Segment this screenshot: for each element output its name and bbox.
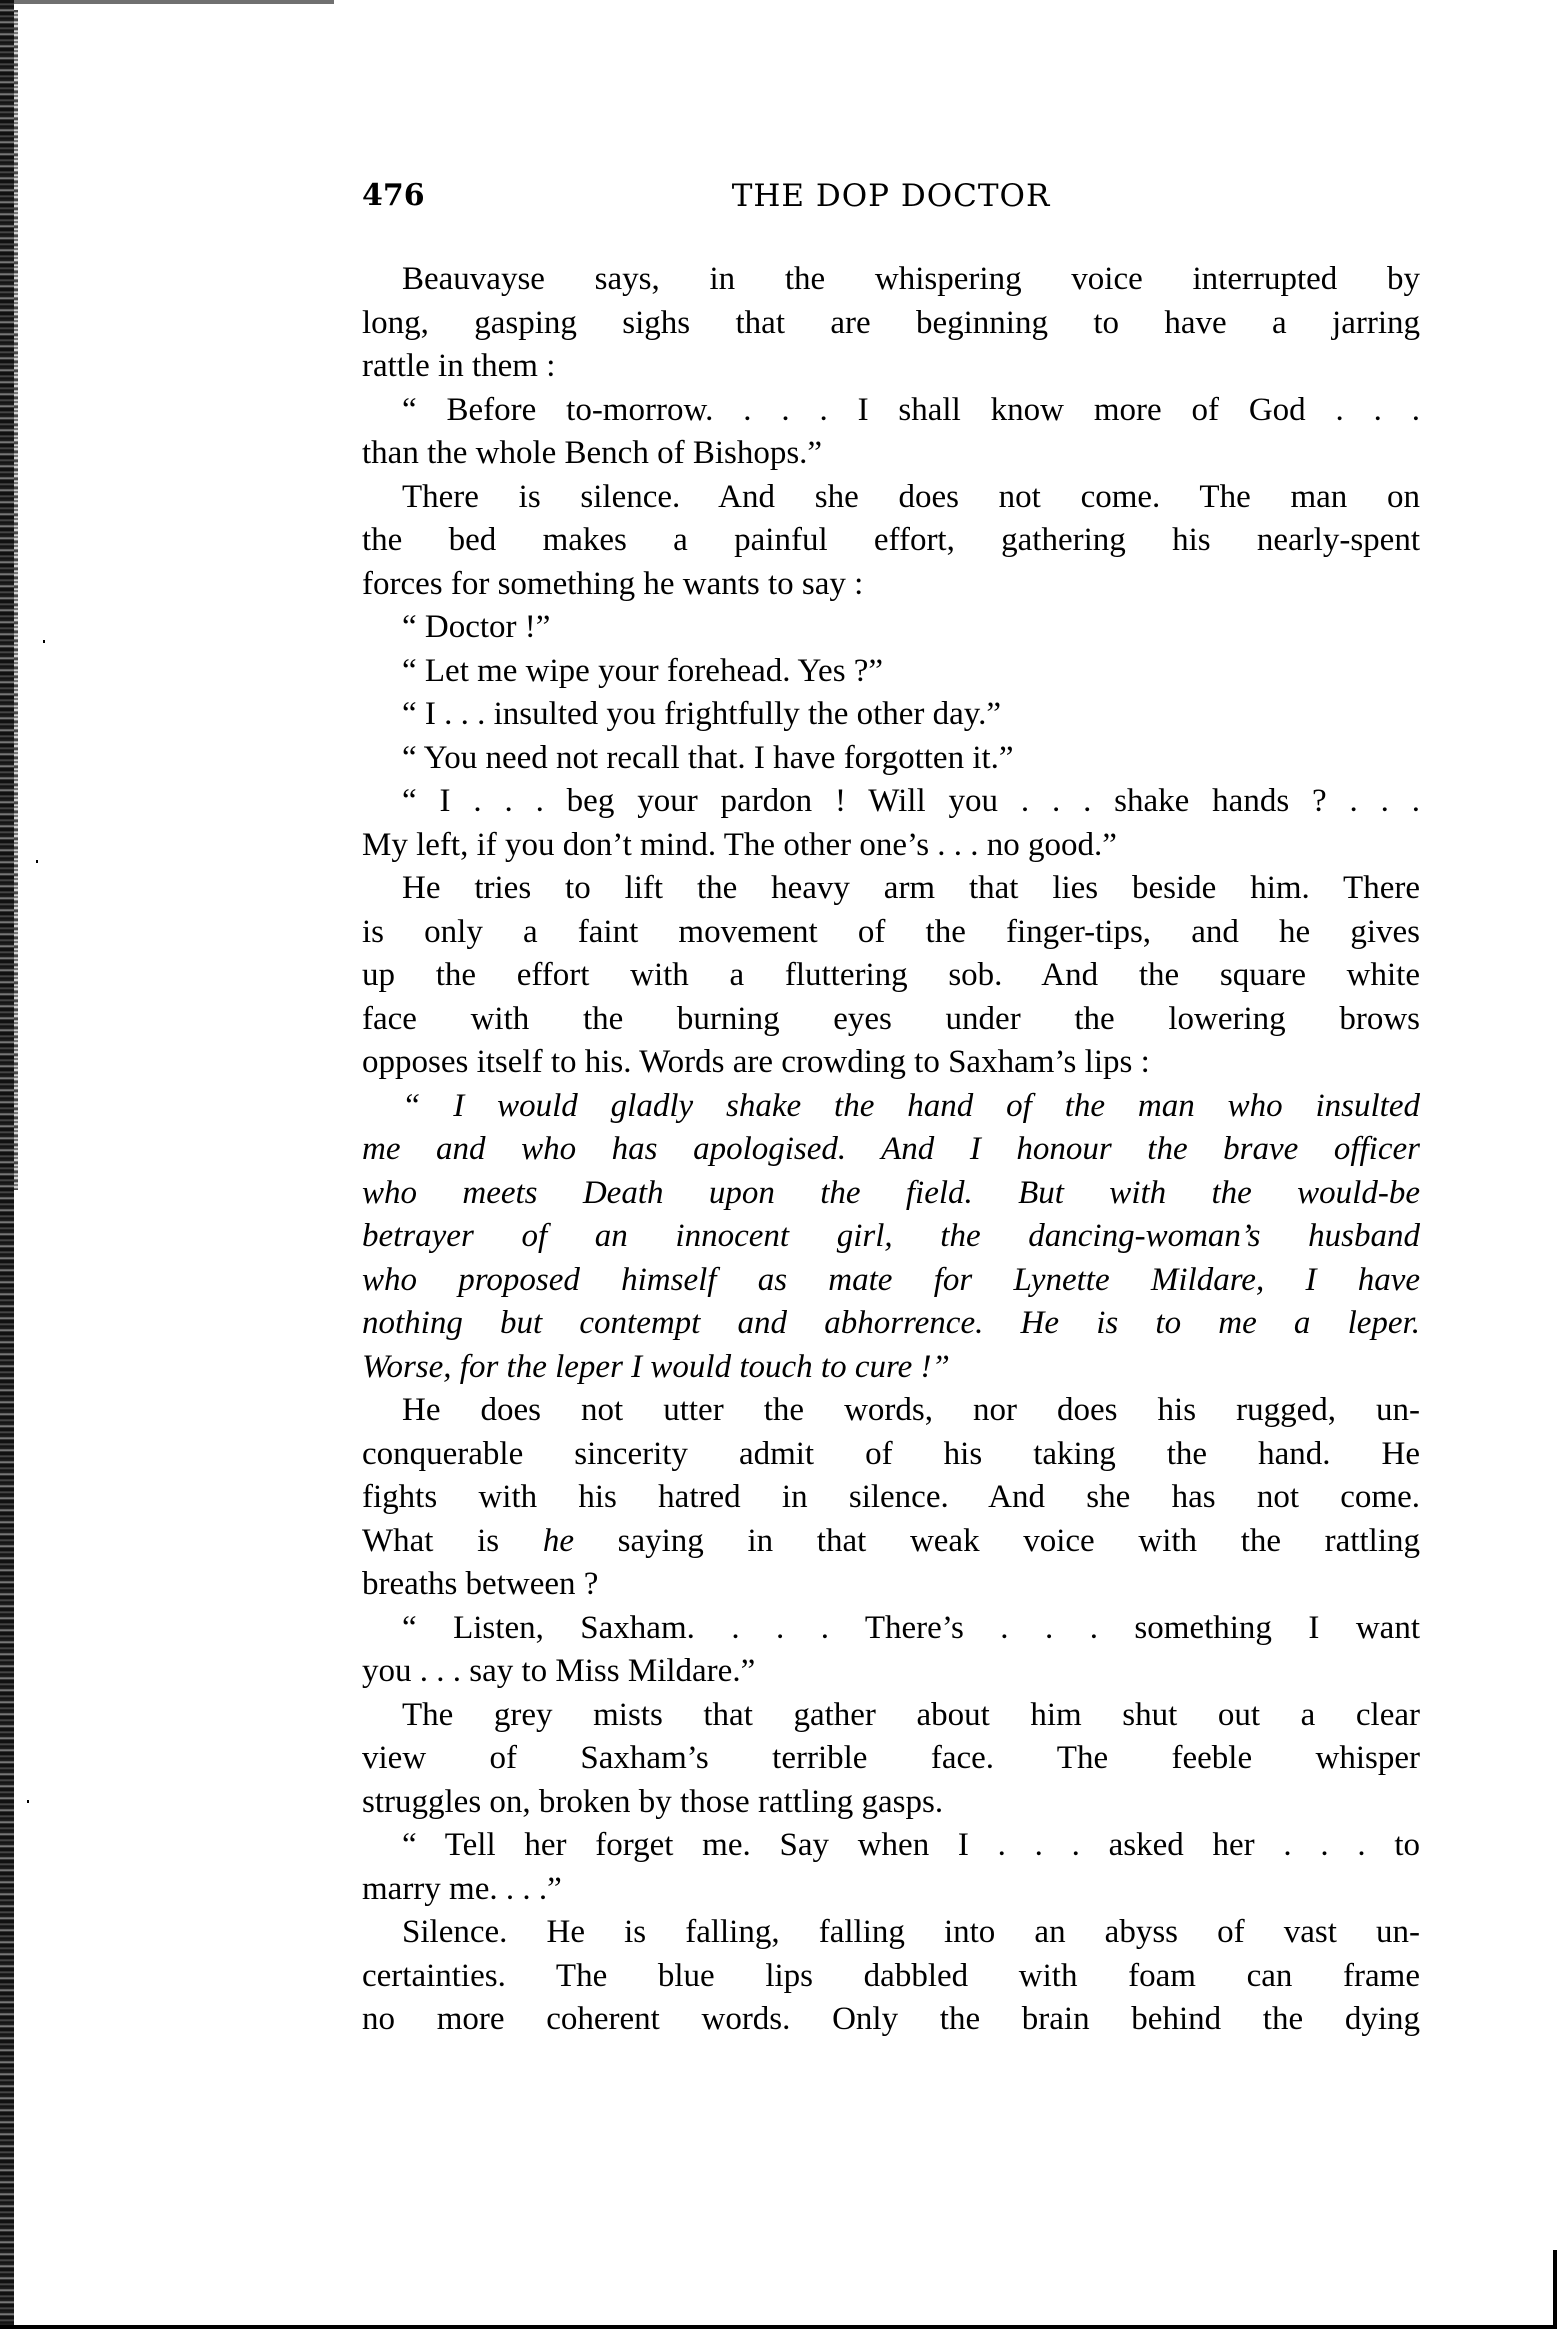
text-line: certainties. The blue lips dabbled with … [362, 1955, 1420, 1999]
text-line: “ Listen, Saxham. . . . There’s . . . so… [362, 1607, 1420, 1651]
text-line: you . . . say to Miss Mildare.” [362, 1650, 1420, 1694]
text-line: “ Let me wipe your forehead. Yes ?” [362, 650, 1420, 694]
text-line: me and who has apologised. And I honour … [362, 1128, 1420, 1172]
running-head: THE DOP DOCTOR [362, 178, 1420, 214]
binding-edge [0, 0, 14, 2329]
text-line: breaths between ? [362, 1563, 1420, 1607]
text-line: who meets Death upon the field. But with… [362, 1172, 1420, 1216]
text-line: is only a faint movement of the finger-t… [362, 911, 1420, 955]
text-line: What is he saying in that weak voice wit… [362, 1520, 1420, 1564]
text-line: Silence. He is falling, falling into an … [362, 1911, 1420, 1955]
text-line: the bed makes a painful effort, gatherin… [362, 519, 1420, 563]
binding-shadow [14, 10, 18, 1190]
page-body-text: Beauvayse says, in the whispering voice … [362, 258, 1420, 2042]
text-line: Worse, for the leper I would touch to cu… [362, 1346, 1420, 1390]
text-line: face with the burning eyes under the low… [362, 998, 1420, 1042]
text-line: who proposed himself as mate for Lynette… [362, 1259, 1420, 1303]
text-line: forces for something he wants to say : [362, 563, 1420, 607]
top-edge [14, 0, 334, 4]
text-line: struggles on, broken by those rattling g… [362, 1781, 1420, 1825]
text-line: “ Tell her forget me. Say when I . . . a… [362, 1824, 1420, 1868]
book-page: 476 THE DOP DOCTOR Beauvayse says, in th… [0, 0, 1557, 2329]
scan-speck [43, 640, 45, 643]
text-line: betrayer of an innocent girl, the dancin… [362, 1215, 1420, 1259]
text-line: conquerable sincerity admit of his takin… [362, 1433, 1420, 1477]
text-line: “ Doctor !” [362, 606, 1420, 650]
scan-speck [27, 1800, 29, 1803]
text-line: My left, if you don’t mind. The other on… [362, 824, 1420, 868]
text-line: He tries to lift the heavy arm that lies… [362, 867, 1420, 911]
text-line: The grey mists that gather about him shu… [362, 1694, 1420, 1738]
text-line: long, gasping sighs that are beginning t… [362, 302, 1420, 346]
scan-speck [36, 860, 38, 863]
text-line: no more coherent words. Only the brain b… [362, 1998, 1420, 2042]
text-line: “ I . . . insulted you frightfully the o… [362, 693, 1420, 737]
right-edge [1553, 2250, 1557, 2329]
text-line: fights with his hatred in silence. And s… [362, 1476, 1420, 1520]
text-line: “ I would gladly shake the hand of the m… [362, 1085, 1420, 1129]
text-line: “ You need not recall that. I have forgo… [362, 737, 1420, 781]
text-line: view of Saxham’s terrible face. The feeb… [362, 1737, 1420, 1781]
page-header: 476 THE DOP DOCTOR [362, 178, 1420, 222]
text-line: up the effort with a fluttering sob. And… [362, 954, 1420, 998]
text-line: Beauvayse says, in the whispering voice … [362, 258, 1420, 302]
text-line: “ I . . . beg your pardon ! Will you . .… [362, 780, 1420, 824]
text-line: rattle in them : [362, 345, 1420, 389]
bottom-edge [0, 2325, 1557, 2329]
text-line: nothing but contempt and abhorrence. He … [362, 1302, 1420, 1346]
text-line: “ Before to-morrow. . . . I shall know m… [362, 389, 1420, 433]
text-line: He does not utter the words, nor does hi… [362, 1389, 1420, 1433]
text-line: marry me. . . .” [362, 1868, 1420, 1912]
text-line: than the whole Bench of Bishops.” [362, 432, 1420, 476]
text-line: There is silence. And she does not come.… [362, 476, 1420, 520]
text-line: opposes itself to his. Words are crowdin… [362, 1041, 1420, 1085]
